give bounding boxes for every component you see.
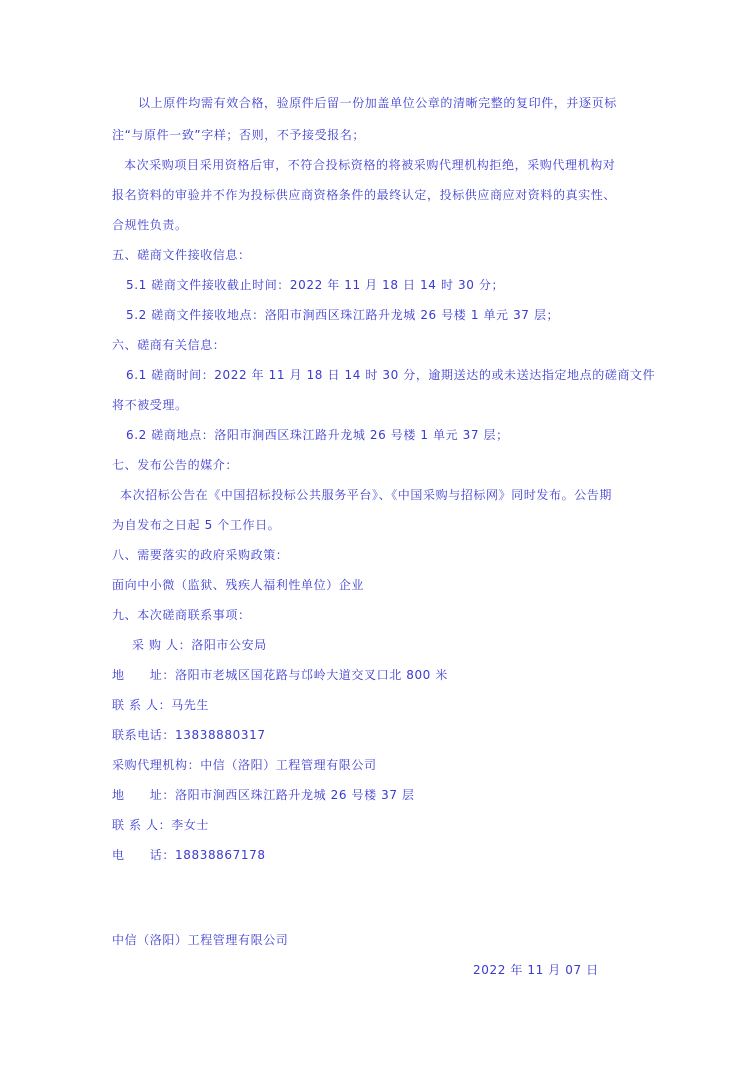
section6-item1-line2: 将不被受理。 <box>112 397 188 413</box>
section6-item2: 6.2 磋商地点：洛阳市涧西区珠江路升龙城 26 号楼 1 单元 37 层； <box>126 427 509 443</box>
section7-heading: 七、发布公告的媒介： <box>112 457 238 473</box>
purchaser-name: 采 购 人：洛阳市公安局 <box>132 637 267 653</box>
agency-address: 地 址：洛阳市涧西区珠江路升龙城 26 号楼 37 层 <box>112 787 415 803</box>
section8-heading: 八、需要落实的政府采购政策： <box>112 547 288 563</box>
purchaser-address: 地 址：洛阳市老城区国花路与邙岭大道交叉口北 800 米 <box>112 667 448 683</box>
section7-line1: 本次招标公告在《中国招标投标公共服务平台》、《中国采购与招标网》同时发布。公告期 <box>120 487 612 503</box>
paragraph-review-line2: 报名资料的审验并不作为投标供应商资格条件的最终认定，投标供应商应对资料的真实性、 <box>112 187 616 203</box>
section5-item1: 5.1 磋商文件接收截止时间：2022 年 11 月 18 日 14 时 30 … <box>126 277 504 293</box>
paragraph-originals-line1: 以上原件均需有效合格，验原件后留一份加盖单位公章的清晰完整的复印件，并逐页标 <box>138 95 617 111</box>
signature-date: 2022 年 11 月 07 日 <box>473 962 599 978</box>
section8-line1: 面向中小微（监狱、残疾人福利性单位）企业 <box>112 577 364 593</box>
section5-item2: 5.2 磋商文件接收地点：洛阳市涧西区珠江路升龙城 26 号楼 1 单元 37 … <box>126 307 559 323</box>
purchaser-phone: 联系电话：13838880317 <box>112 727 266 743</box>
section6-heading: 六、磋商有关信息： <box>112 337 225 353</box>
section5-heading: 五、磋商文件接收信息： <box>112 247 251 263</box>
section6-item1-line1: 6.1 磋商时间：2022 年 11 月 18 日 14 时 30 分，逾期送达… <box>126 367 655 383</box>
section9-heading: 九、本次磋商联系事项： <box>112 607 251 623</box>
purchaser-contact: 联 系 人：马先生 <box>112 697 209 713</box>
paragraph-originals-line2: 注“与原件一致”字样；否则，不予接受报名； <box>112 127 365 143</box>
paragraph-review-line1: 本次采购项目采用资格后审，不符合投标资格的将被采购代理机构拒绝，采购代理机构对 <box>124 157 615 173</box>
agency-phone: 电 话：18838867178 <box>112 847 266 863</box>
section7-line2: 为自发布之日起 5 个工作日。 <box>112 517 280 533</box>
signature-company: 中信（洛阳）工程管理有限公司 <box>112 932 288 948</box>
paragraph-review-line3: 合规性负责。 <box>112 217 188 233</box>
agency-contact: 联 系 人：李女士 <box>112 817 209 833</box>
agency-name: 采购代理机构：中信（洛阳）工程管理有限公司 <box>112 757 377 773</box>
